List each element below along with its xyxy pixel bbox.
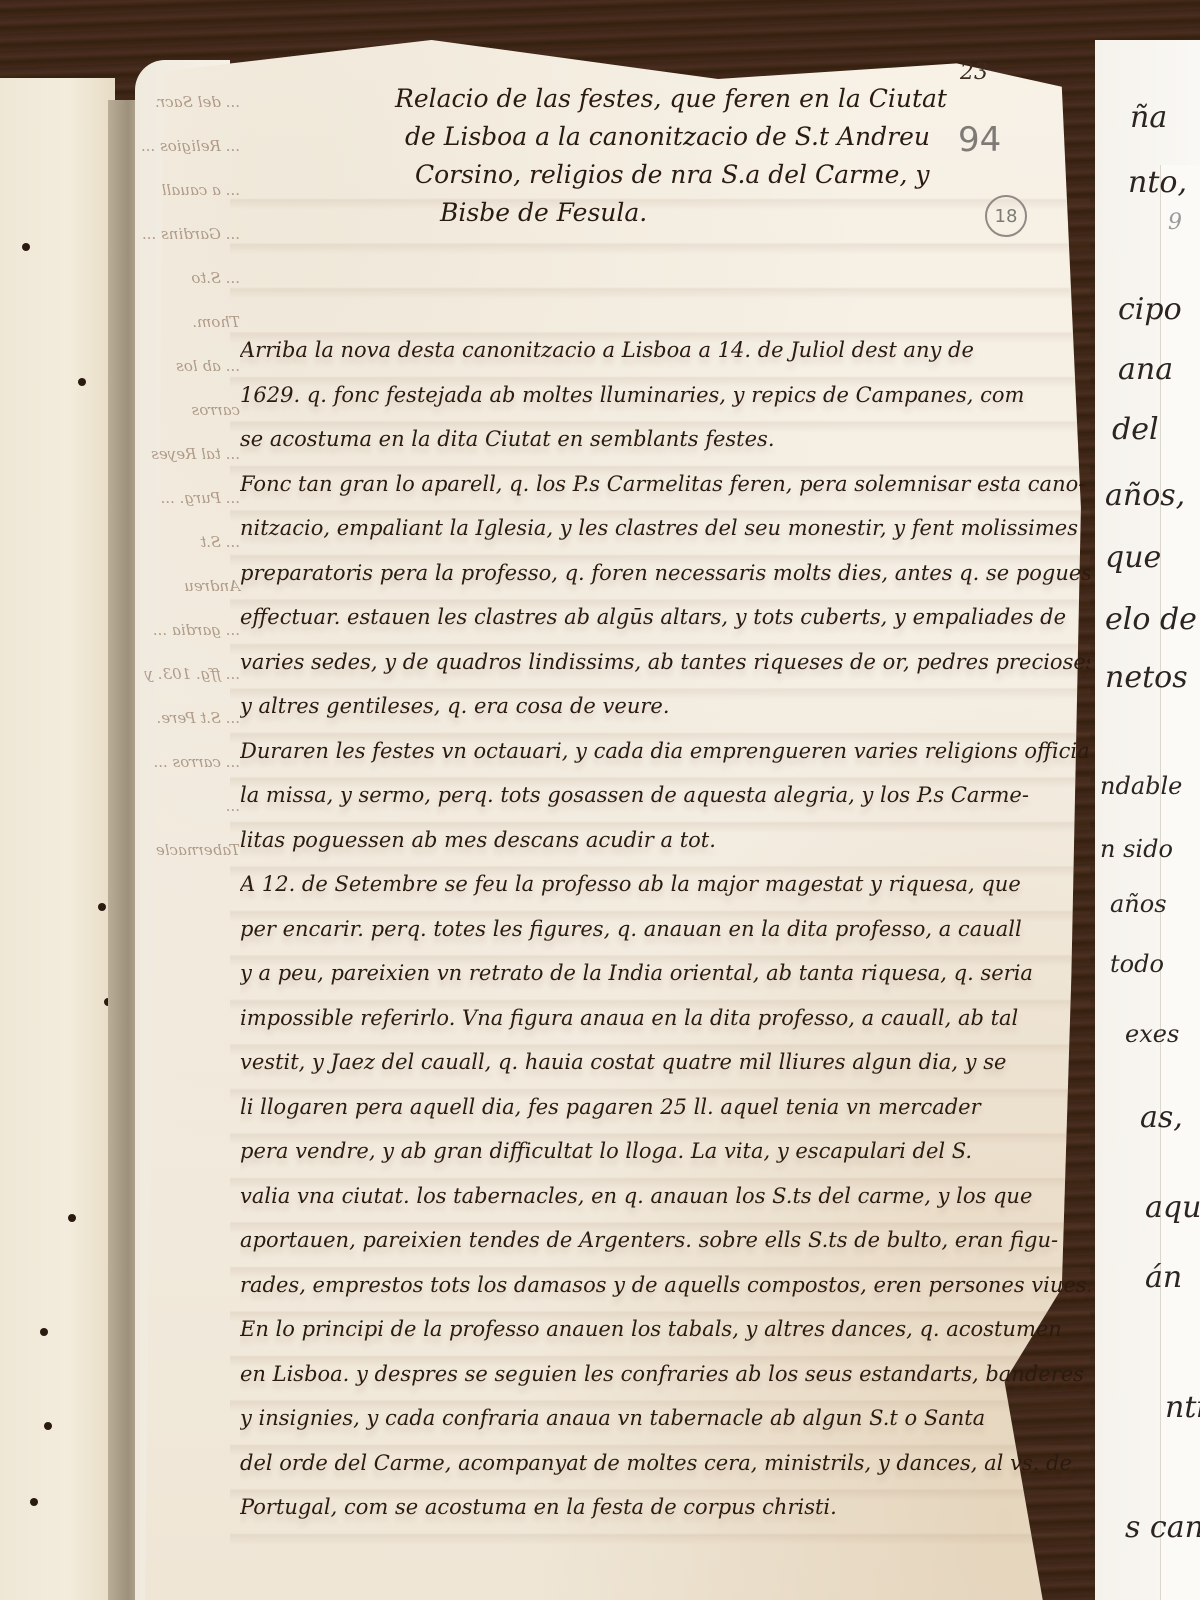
text-line: Duraren les festes vn octauari, y cada d… [240,729,1090,774]
text-line: en Lisboa. y despres se seguien les conf… [240,1352,1090,1397]
binding-hole [44,1422,52,1430]
bleed-line: ... a cauall [140,168,240,212]
text-line: A 12. de Setembre se feu la professo ab … [240,862,1090,907]
right-fragment: años, [1105,478,1185,513]
right-fragment: del [1112,412,1159,447]
bleed-line: ... Religios ... [140,124,240,168]
text-line: valia vna ciutat. los tabernacles, en q.… [240,1174,1090,1219]
right-fragment: aqu [1145,1190,1200,1225]
binding-hole [30,1498,38,1506]
text-line: per encarir. perq. totes les figures, q.… [240,907,1090,952]
text-line: li llogaren pera aquell dia, fes pagaren… [240,1085,1090,1130]
bleed-line: ... carros ... [140,740,240,784]
text-line: del orde del Carme, acompanyat de moltes… [240,1441,1090,1486]
binding-hole [68,1214,76,1222]
bleed-line: ... Tabernacle [140,784,240,872]
right-fragment: s canva [1125,1510,1200,1545]
title-line: de Lisboa a la canonitzacio de S.t Andre… [395,118,995,156]
right-fragment: todo [1110,950,1164,978]
text-line: litas poguessen ab mes descans acudir a … [240,818,1090,863]
text-line: y altres gentileses, q. era cosa de veur… [240,684,1090,729]
bleed-line: ... S.t Pere. [140,696,240,740]
right-fragment: netos [1105,660,1188,695]
text-line: 1629. q. fonc festejada ab moltes llumin… [240,373,1090,418]
text-line: impossible referirlo. Vna figura anaua e… [240,996,1090,1041]
text-line: rades, emprestos tots los damasos y de a… [240,1263,1090,1308]
title-line: Corsino, religios de nra S.a del Carme, … [395,156,995,194]
right-fragment: nto, [1128,165,1187,200]
text-line: vestit, y Jaez del cauall, q. hauia cost… [240,1040,1090,1085]
text-line: Portugal, com se acostuma en la festa de… [240,1485,1090,1530]
right-fragment: ana [1118,352,1173,387]
right-fragment: años [1110,890,1167,918]
right-fragment: ña [1130,100,1167,135]
right-fragment: cipo [1118,292,1182,327]
text-line: pera vendre, y ab gran difficultat lo ll… [240,1129,1090,1174]
manuscript-title: Relacio de las festes, que feren en la C… [395,80,995,232]
text-line: y a peu, pareixien vn retrato de la Indi… [240,951,1090,996]
text-line: y insignies, y cada confraria anaua vn t… [240,1396,1090,1441]
bleed-line: ... Gardins ... [140,212,240,256]
left-page [0,78,115,1600]
right-fragment: elo de [1105,602,1197,637]
text-line: nitzacio, empaliant la Iglesia, y les cl… [240,506,1090,551]
text-line: Arriba la nova desta canonitzacio a Lisb… [240,328,1090,373]
text-line: varies sedes, y de quadros lindissims, a… [240,640,1090,685]
text-line: effectuar. estauen les clastres ab algūs… [240,595,1090,640]
right-fragment: án [1145,1260,1182,1295]
bleed-line: ... gardia ... [140,608,240,652]
binding-hole [78,378,86,386]
bleed-line: ... S.t Andreu [140,520,240,608]
right-fragment: n sido [1100,835,1173,863]
bleed-line: ... tal Reyes [140,432,240,476]
right-fragment: ndable [1100,772,1182,800]
manuscript-body: Arriba la nova desta canonitzacio a Lisb… [240,328,1090,1530]
right-fragment: que [1105,540,1161,575]
right-fragment: as, [1140,1100,1183,1135]
left-margin-bleedthrough: ... del Sacr. ... Religios ... ... a cau… [140,80,240,872]
right-fragment: exes [1125,1020,1179,1048]
bleed-line: ... ffg. 103. y [140,652,240,696]
text-line: preparatoris pera la professo, q. foren … [240,551,1090,596]
bleed-line: ... del Sacr. [140,80,240,124]
text-line: aportauen, pareixien tendes de Argenters… [240,1218,1090,1263]
binding-hole [22,243,30,251]
bleed-line: ... ab los carros [140,344,240,432]
text-line: En lo principi de la professo anauen los… [240,1307,1090,1352]
bleed-line: ... S.to Thom. [140,256,240,344]
title-line: Bisbe de Fesula. [395,194,995,232]
right-fragment: nti [1165,1390,1200,1425]
title-line: Relacio de las festes, que feren en la C… [395,80,995,118]
text-line: se acostuma en la dita Ciutat en semblan… [240,417,1090,462]
bleed-line: ... Purg. ... [140,476,240,520]
text-line: la missa, y sermo, perq. tots gosassen d… [240,773,1090,818]
right-fragment: 9 [1168,210,1182,235]
binding-hole [98,903,106,911]
binding-hole [40,1328,48,1336]
text-line: Fonc tan gran lo aparell, q. los P.s Car… [240,462,1090,507]
